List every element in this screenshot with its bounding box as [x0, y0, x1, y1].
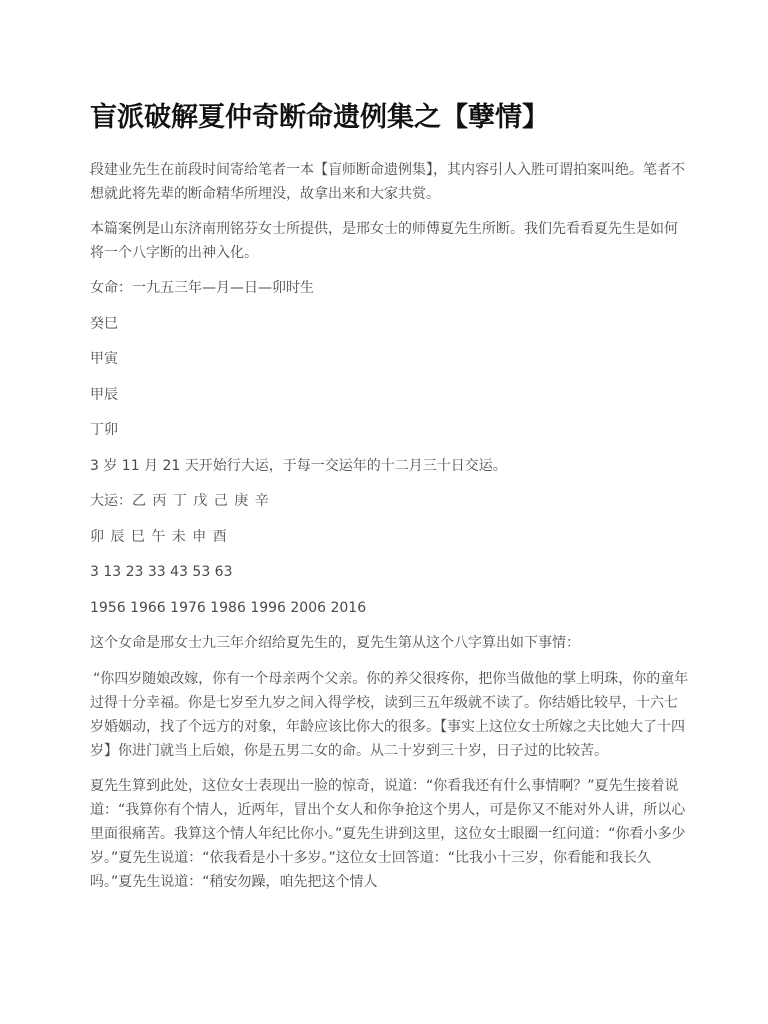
bazi-year-pillar: 癸巳 — [90, 312, 690, 336]
bazi-day-pillar: 甲辰 — [90, 383, 690, 407]
source-paragraph: 本篇案例是山东济南刑铭芬女士所提供，是邢女士的师傅夏先生所断。我们先看看夏先生是… — [90, 217, 690, 265]
dayun-start-line: 3 岁 11 月 21 天开始行大运，于每一交运年的十二月三十日交运。 — [90, 454, 690, 478]
birth-info-line: 女命：一九五三年—月—日—卯时生 — [90, 276, 690, 300]
document-title: 盲派破解夏仲奇断命遗例集之【孽情】 — [90, 98, 690, 138]
bazi-hour-pillar: 丁卯 — [90, 418, 690, 442]
dayun-years-line: 1956 1966 1976 1986 1996 2006 2016 — [90, 596, 690, 620]
dayun-ages-line: 3 13 23 33 43 53 63 — [90, 560, 690, 584]
document-page: 盲派破解夏仲奇断命遗例集之【孽情】 段建业先生在前段时间寄给笔者一本【盲师断命遗… — [90, 98, 690, 905]
reading-quote-paragraph: “你四岁随娘改嫁，你有一个母亲两个父亲。你的养父很疼你，把你当做他的掌上明珠，你… — [90, 667, 690, 763]
bazi-month-pillar: 甲寅 — [90, 347, 690, 371]
dayun-stems-line: 大运：乙 丙 丁 戊 己 庚 辛 — [90, 489, 690, 513]
dialogue-paragraph: 夏先生算到此处，这位女士表现出一脸的惊奇，说道：“你看我还有什么事情啊？”夏先生… — [90, 774, 690, 894]
reading-intro-paragraph: 这个女命是邢女士九三年介绍给夏先生的，夏先生第从这个八字算出如下事情： — [90, 631, 690, 655]
dayun-branches-line: 卯 辰 巳 午 未 申 酉 — [90, 525, 690, 549]
intro-paragraph: 段建业先生在前段时间寄给笔者一本【盲师断命遗例集】，其内容引人入胜可谓拍案叫绝。… — [90, 158, 690, 206]
